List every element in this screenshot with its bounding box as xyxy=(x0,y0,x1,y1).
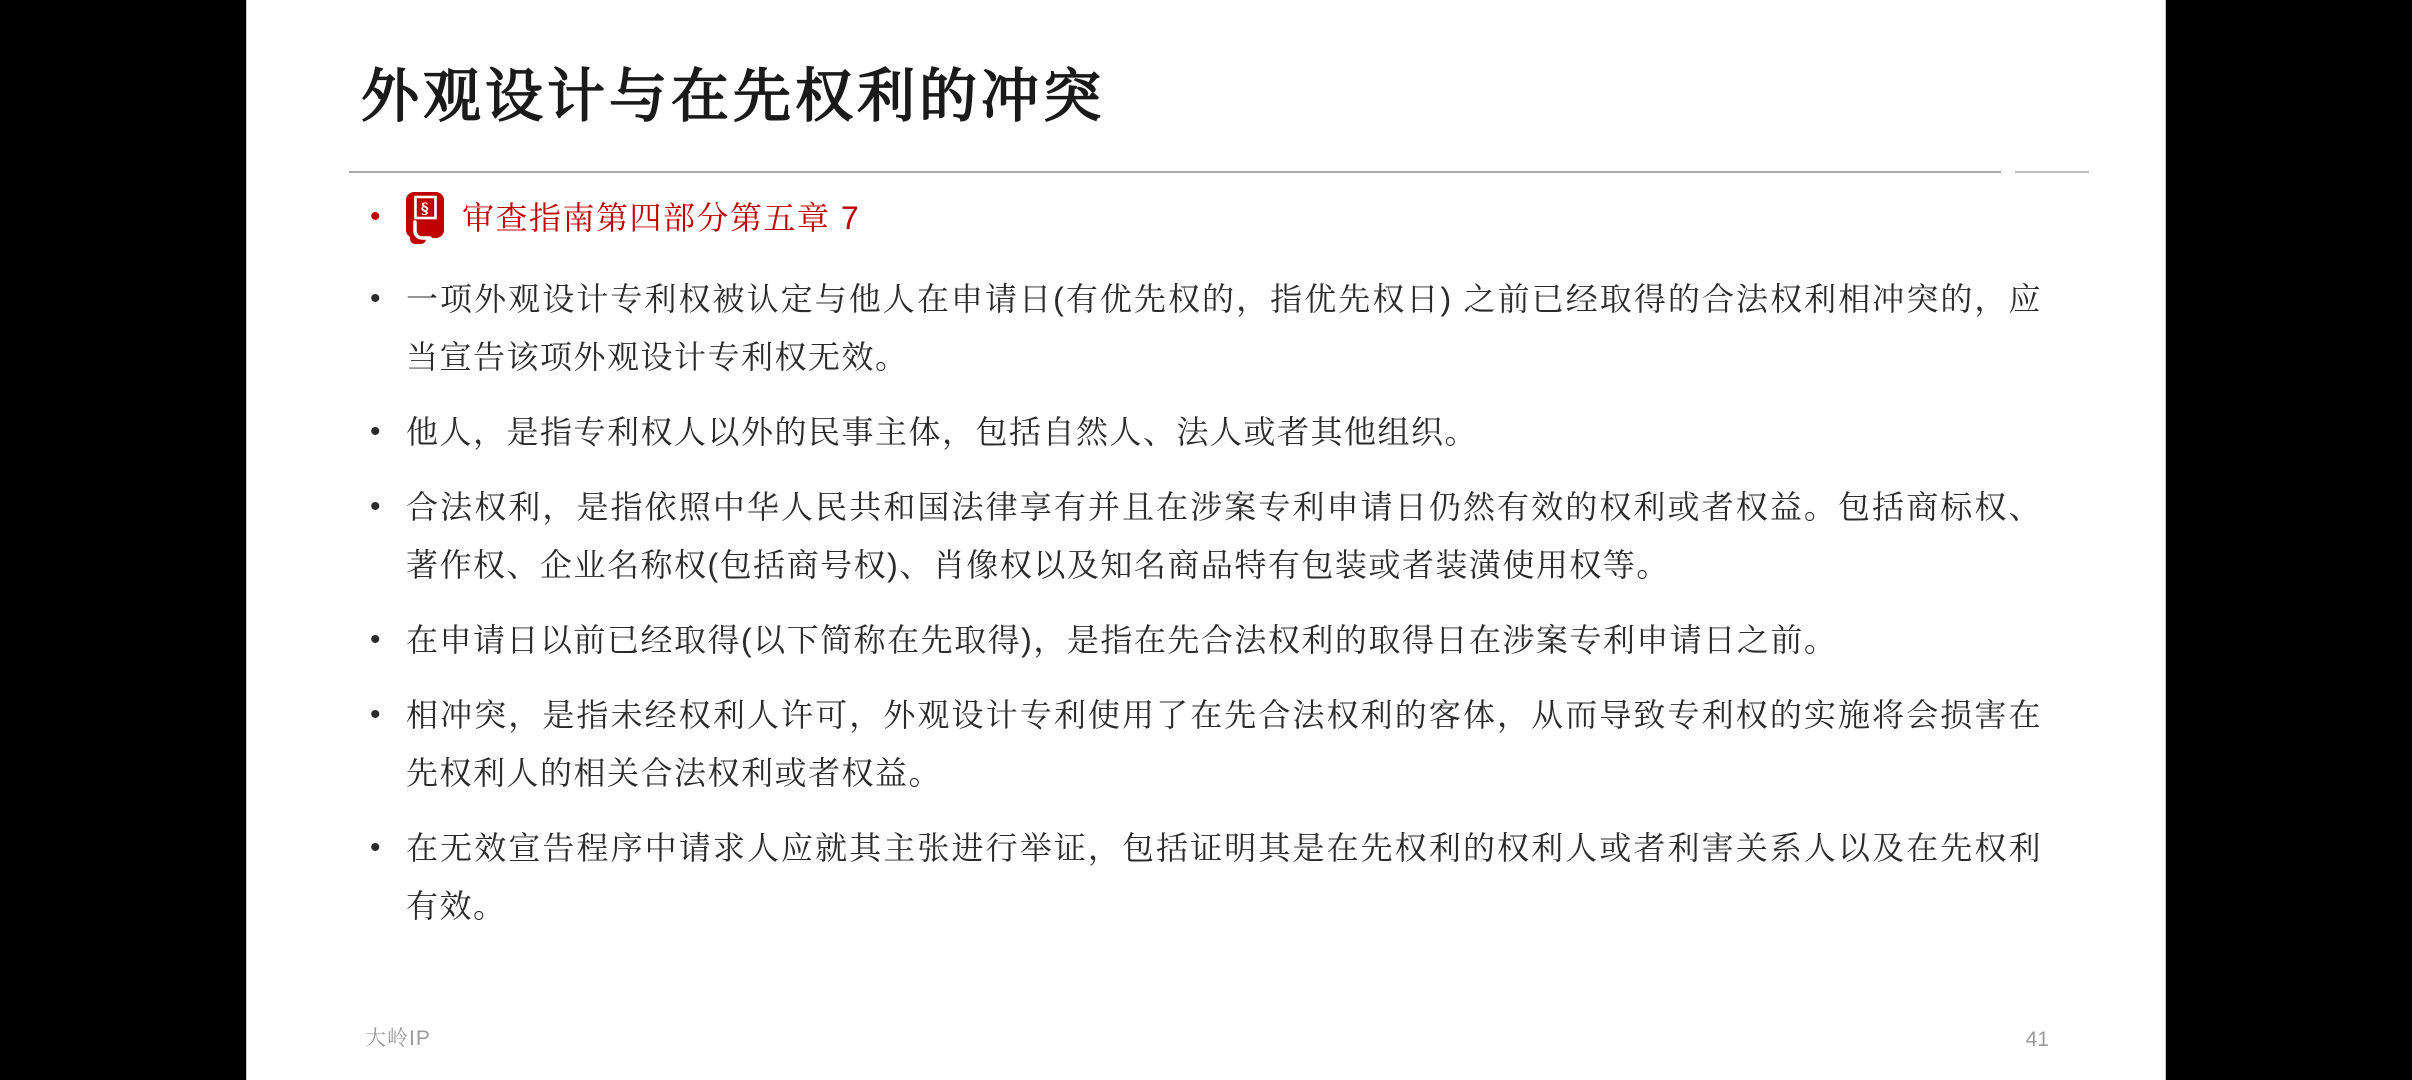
bullet-item: 相冲突，是指未经权利人许可，外观设计专利使用了在先合法权利的客体，从而导致专利权… xyxy=(370,686,2042,802)
svg-text:§: § xyxy=(421,200,430,218)
title-underline-end-segment xyxy=(2015,171,2089,173)
page-number: 41 xyxy=(2026,1028,2049,1052)
bullet-item: 在申请日以前已经取得(以下简称在先取得)，是指在先合法权利的取得日在涉案专利申请… xyxy=(370,611,2042,669)
presentation-slide: 外观设计与在先权利的冲突 § 审查指南第四部分第五章 7 一项外观设计专利权被认… xyxy=(246,0,2166,1080)
slide-title: 外观设计与在先权利的冲突 xyxy=(361,62,1105,132)
bullet-item: 合法权利，是指依照中华人民共和国法律享有并且在涉案专利申请日仍然有效的权利或者权… xyxy=(370,478,2042,594)
bullet-item: 在无效宣告程序中请求人应就其主张进行举证，包括证明其是在先权利的权利人或者利害关… xyxy=(370,819,2042,935)
footer-brand: 大岭IP xyxy=(365,1022,431,1052)
bullet-item: 他人，是指专利权人以外的民事主体，包括自然人、法人或者其他组织。 xyxy=(370,403,2042,461)
title-underline xyxy=(349,171,2001,173)
reference-bullet: § 审查指南第四部分第五章 7 xyxy=(370,192,2042,244)
reference-text: 审查指南第四部分第五章 7 xyxy=(462,202,860,234)
screen: 外观设计与在先权利的冲突 § 审查指南第四部分第五章 7 一项外观设计专利权被认… xyxy=(0,0,2412,1080)
bullet-list: § 审查指南第四部分第五章 7 一项外观设计专利权被认定与他人在申请日(有优先权… xyxy=(370,192,2042,952)
law-book-icon: § xyxy=(406,192,446,244)
bullet-item: 一项外观设计专利权被认定与他人在申请日(有优先权的，指优先权日) 之前已经取得的… xyxy=(370,270,2042,386)
